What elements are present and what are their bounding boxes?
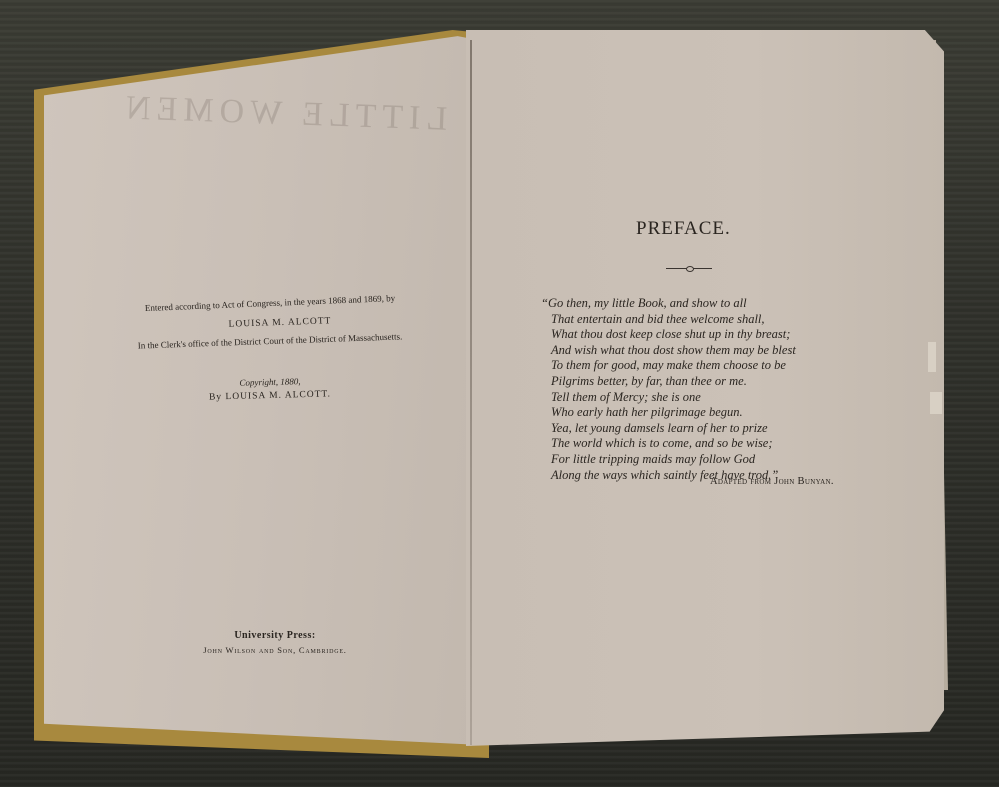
- poem-line: And wish what thou dost show them may be…: [541, 343, 881, 359]
- poem-line: Tell them of Mercy; she is one: [541, 390, 881, 406]
- press-name: University Press:: [200, 630, 350, 641]
- torn-page-fragment: [930, 392, 942, 414]
- poem-line: Yea, let young damsels learn of her to p…: [541, 421, 881, 437]
- ornament-divider-icon: [666, 265, 712, 271]
- preface-heading: PREFACE.: [636, 218, 731, 240]
- preface-poem: “Go then, my little Book, and show to al…: [541, 296, 881, 483]
- torn-page-fragment: [928, 342, 936, 372]
- poem-line: That entertain and bid thee welcome shal…: [541, 312, 881, 328]
- publisher-line: John Wilson and Son, Cambridge.: [170, 645, 380, 655]
- poem-line: Who early hath her pilgrimage begun.: [541, 405, 881, 421]
- poem-line: To them for good, may make them choose t…: [541, 358, 881, 374]
- poem-line: The world which is to come, and so be wi…: [541, 436, 881, 452]
- poem-attribution: Adapted from John Bunyan.: [710, 476, 834, 487]
- poem-line: For little tripping maids may follow God: [541, 452, 881, 468]
- poem-line: Pilgrims better, by far, than thee or me…: [541, 374, 881, 390]
- poem-line: What thou dost keep close shut up in thy…: [541, 327, 881, 343]
- book-gutter: [470, 40, 472, 745]
- poem-line: “Go then, my little Book, and show to al…: [541, 296, 881, 312]
